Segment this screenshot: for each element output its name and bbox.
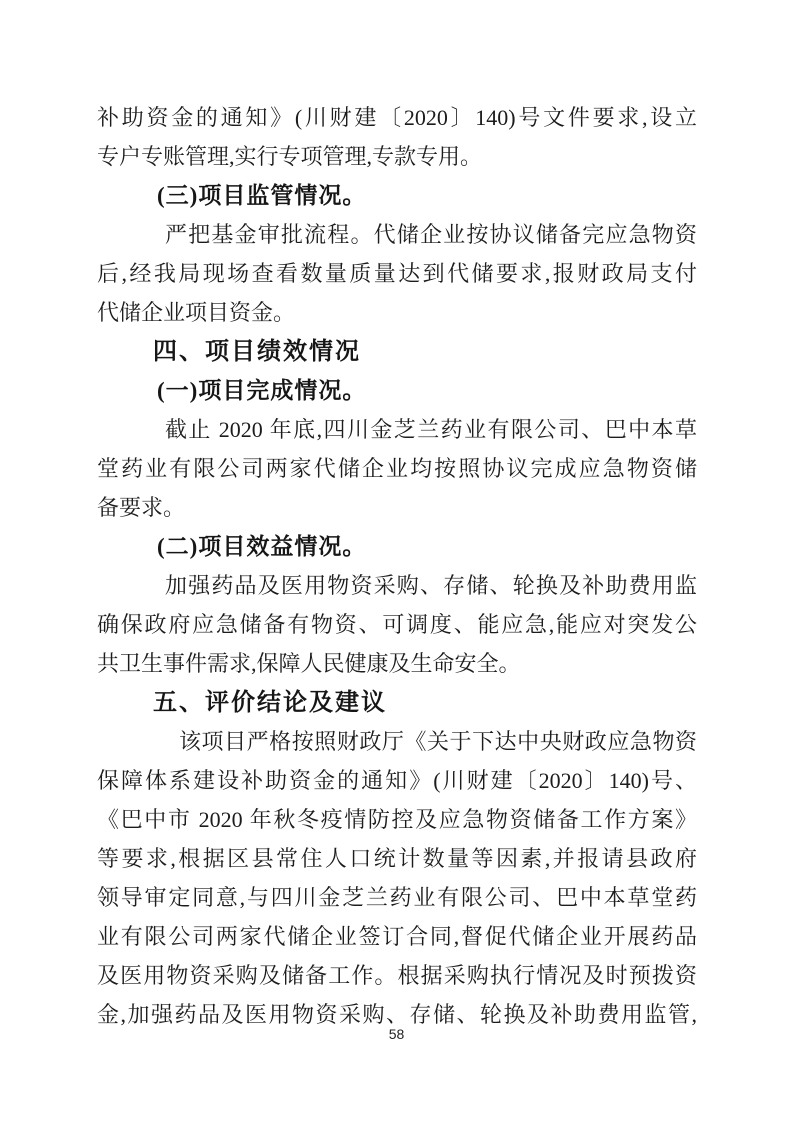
body-line: 截止 2020 年底,四川金芝兰药业有限公司、巴中本草 — [97, 410, 697, 449]
section-heading-4: 四、项目绩效情况 — [97, 332, 697, 371]
body-line: 共卫生事件需求,保障人民健康及生命安全。 — [97, 644, 697, 683]
page-number: 58 — [0, 1024, 793, 1044]
body-line: 《巴中市 2020 年秋冬疫情防控及应急物资储备工作方案》 — [97, 800, 697, 839]
body-line: 业有限公司两家代储企业签订合同,督促代储企业开展药品 — [97, 917, 697, 956]
subsection-heading-3: (三)项目监管情况。 — [97, 176, 697, 215]
body-line: 等要求,根据区县常住人口统计数量等因素,并报请县政府 — [97, 839, 697, 878]
body-line: 专户专账管理,实行专项管理,专款专用。 — [97, 137, 697, 176]
body-line: 后,经我局现场查看数量质量达到代储要求,报财政局支付 — [97, 254, 697, 293]
body-line: 保障体系建设补助资金的通知》(川财建〔2020〕140)号、 — [97, 761, 697, 800]
document-page: 补助资金的通知》(川财建〔2020〕140)号文件要求,设立 专户专账管理,实行… — [0, 0, 793, 1122]
body-line: 补助资金的通知》(川财建〔2020〕140)号文件要求,设立 — [97, 98, 697, 137]
body-line: 该项目严格按照财政厅《关于下达中央财政应急物资 — [97, 722, 697, 761]
body-line: 加强药品及医用物资采购、存储、轮换及补助费用监管, — [97, 566, 697, 605]
body-line: 严把基金审批流程。代储企业按协议储备完应急物资 — [97, 215, 697, 254]
body-line: 领导审定同意,与四川金芝兰药业有限公司、巴中本草堂药 — [97, 878, 697, 917]
body-line: 堂药业有限公司两家代储企业均按照协议完成应急物资储 — [97, 449, 697, 488]
body-line: 备要求。 — [97, 488, 697, 527]
body-line: 及医用物资采购及储备工作。根据采购执行情况及时预拨资 — [97, 956, 697, 995]
document-body: 补助资金的通知》(川财建〔2020〕140)号文件要求,设立 专户专账管理,实行… — [97, 98, 697, 1034]
subsection-heading-2: (二)项目效益情况。 — [97, 527, 697, 566]
body-line: 代储企业项目资金。 — [97, 293, 697, 332]
subsection-heading-1: (一)项目完成情况。 — [97, 371, 697, 410]
body-line: 确保政府应急储备有物资、可调度、能应急,能应对突发公 — [97, 605, 697, 644]
section-heading-5: 五、评价结论及建议 — [97, 683, 697, 722]
